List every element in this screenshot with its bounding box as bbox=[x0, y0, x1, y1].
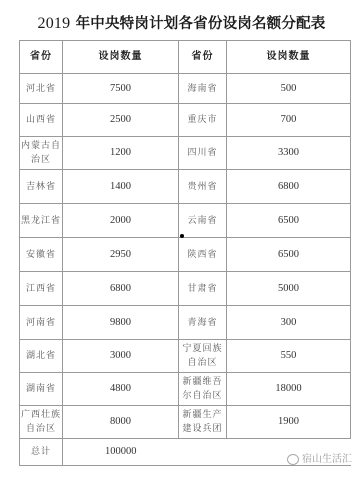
province-cell: 四川省 bbox=[179, 137, 227, 170]
allocation-table: 省份 设岗数量 省份 设岗数量 河北省 7500 海南省 500 山西省 250… bbox=[19, 40, 351, 466]
table-row: 黑龙江省 2000 云南省 6500 bbox=[20, 204, 351, 238]
count-cell: 6800 bbox=[63, 272, 179, 306]
header-count-right: 设岗数量 bbox=[227, 41, 351, 74]
count-cell: 3300 bbox=[227, 137, 351, 170]
province-cell: 广西壮族自治区 bbox=[20, 406, 63, 439]
table-row: 吉林省 1400 贵州省 6800 bbox=[20, 170, 351, 204]
province-cell: 青海省 bbox=[179, 306, 227, 340]
table-row: 江西省 6800 甘肃省 5000 bbox=[20, 272, 351, 306]
table-row: 内蒙古自治区 1200 四川省 3300 bbox=[20, 137, 351, 170]
count-cell: 7500 bbox=[63, 74, 179, 104]
table-row: 安徽省 2950 陕西省 6500 bbox=[20, 238, 351, 272]
title-text: 年中央特岗计划各省份设岗名额分配表 bbox=[76, 15, 326, 32]
page-title: 2019 年中央特岗计划各省份设岗名额分配表 bbox=[0, 12, 363, 33]
count-cell: 4800 bbox=[63, 373, 179, 406]
count-cell: 9800 bbox=[63, 306, 179, 340]
province-cell: 海南省 bbox=[179, 74, 227, 104]
province-cell: 江西省 bbox=[20, 272, 63, 306]
province-cell: 甘肃省 bbox=[179, 272, 227, 306]
count-cell: 2950 bbox=[63, 238, 179, 272]
province-cell: 新疆维吾尔自治区 bbox=[179, 373, 227, 406]
province-cell: 湖北省 bbox=[20, 340, 63, 373]
table-row: 湖北省 3000 宁夏回族自治区 550 bbox=[20, 340, 351, 373]
count-cell: 5000 bbox=[227, 272, 351, 306]
province-cell: 内蒙古自治区 bbox=[20, 137, 63, 170]
count-cell: 1200 bbox=[63, 137, 179, 170]
header-province-left: 省份 bbox=[20, 41, 63, 74]
province-cell: 陕西省 bbox=[179, 238, 227, 272]
province-cell: 宁夏回族自治区 bbox=[179, 340, 227, 373]
count-cell: 550 bbox=[227, 340, 351, 373]
province-cell: 安徽省 bbox=[20, 238, 63, 272]
count-cell: 6500 bbox=[227, 238, 351, 272]
watermark-text: 宿山生活汇 bbox=[302, 454, 352, 465]
header-province-right: 省份 bbox=[179, 41, 227, 74]
count-cell: 6500 bbox=[227, 204, 351, 238]
province-cell: 贵州省 bbox=[179, 170, 227, 204]
count-cell: 2500 bbox=[63, 104, 179, 137]
province-cell: 云南省 bbox=[179, 204, 227, 238]
province-cell: 山西省 bbox=[20, 104, 63, 137]
count-cell: 1400 bbox=[63, 170, 179, 204]
table-header-row: 省份 设岗数量 省份 设岗数量 bbox=[20, 41, 351, 74]
table-row: 河南省 9800 青海省 300 bbox=[20, 306, 351, 340]
watermark: 宿山生活汇 bbox=[285, 450, 352, 465]
wechat-icon bbox=[287, 454, 299, 465]
province-cell: 新疆生产建设兵团 bbox=[179, 406, 227, 439]
count-cell: 6800 bbox=[227, 170, 351, 204]
count-cell: 500 bbox=[227, 74, 351, 104]
count-cell: 8000 bbox=[63, 406, 179, 439]
title-year: 2019 bbox=[38, 15, 71, 32]
table-row: 广西壮族自治区 8000 新疆生产建设兵团 1900 bbox=[20, 406, 351, 439]
table-row: 河北省 7500 海南省 500 bbox=[20, 74, 351, 104]
province-cell: 湖南省 bbox=[20, 373, 63, 406]
province-cell: 重庆市 bbox=[179, 104, 227, 137]
count-cell: 2000 bbox=[63, 204, 179, 238]
total-label: 总计 bbox=[20, 439, 63, 466]
province-cell: 吉林省 bbox=[20, 170, 63, 204]
province-cell: 河北省 bbox=[20, 74, 63, 104]
table-row: 山西省 2500 重庆市 700 bbox=[20, 104, 351, 137]
province-cell: 河南省 bbox=[20, 306, 63, 340]
count-cell: 3000 bbox=[63, 340, 179, 373]
count-cell: 300 bbox=[227, 306, 351, 340]
count-cell: 700 bbox=[227, 104, 351, 137]
count-cell: 18000 bbox=[227, 373, 351, 406]
header-count-left: 设岗数量 bbox=[63, 41, 179, 74]
stray-dot bbox=[180, 234, 184, 238]
province-cell: 黑龙江省 bbox=[20, 204, 63, 238]
count-cell: 1900 bbox=[227, 406, 351, 439]
table-row: 湖南省 4800 新疆维吾尔自治区 18000 bbox=[20, 373, 351, 406]
